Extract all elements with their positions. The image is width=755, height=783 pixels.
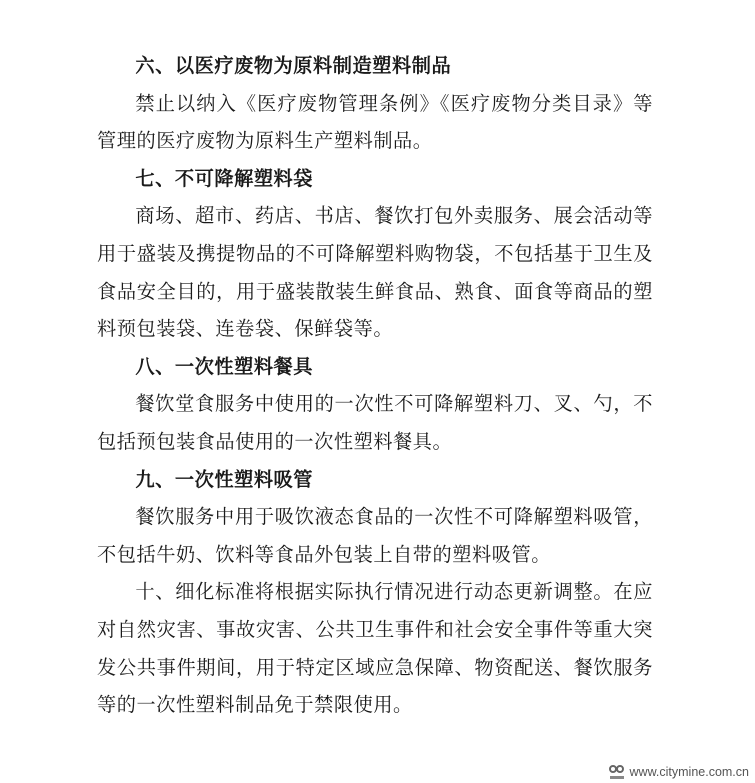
section-heading-6: 六、以医疗废物为原料制造塑料制品: [97, 47, 653, 85]
watermark: www.citymine.com.cn: [609, 765, 749, 779]
closing-paragraph: 十、细化标准将根据实际执行情况进行动态更新调整。在应对自然灾害、事故灾害、公共卫…: [97, 573, 653, 723]
section-heading-7: 七、不可降解塑料袋: [97, 160, 653, 198]
document-page: 六、以医疗废物为原料制造塑料制品 禁止以纳入《医疗废物管理条例》《医疗废物分类目…: [97, 47, 653, 724]
section-heading-8: 八、一次性塑料餐具: [97, 348, 653, 386]
section-body-8: 餐饮堂食服务中使用的一次性不可降解塑料刀、叉、勺，不包括预包装食品使用的一次性塑…: [97, 385, 653, 460]
citymine-logo-icon: [609, 765, 625, 779]
section-body-7: 商场、超市、药店、书店、餐饮打包外卖服务、展会活动等用于盛装及携提物品的不可降解…: [97, 197, 653, 347]
section-body-6: 禁止以纳入《医疗废物管理条例》《医疗废物分类目录》等管理的医疗废物为原料生产塑料…: [97, 85, 653, 160]
section-body-9: 餐饮服务中用于吸饮液态食品的一次性不可降解塑料吸管，不包括牛奶、饮料等食品外包装…: [97, 498, 653, 573]
watermark-text: www.citymine.com.cn: [630, 765, 749, 779]
section-heading-9: 九、一次性塑料吸管: [97, 461, 653, 499]
